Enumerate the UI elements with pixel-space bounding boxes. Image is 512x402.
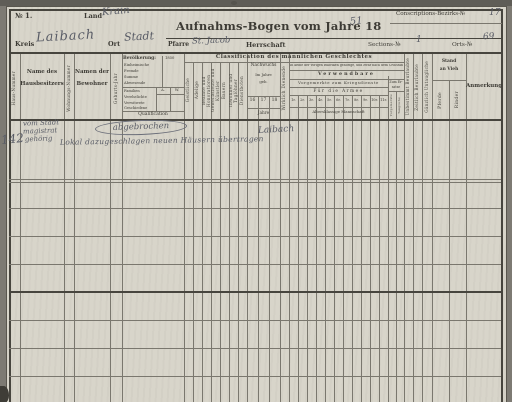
hw-owner-line3: gehörig <box>25 136 53 144</box>
grid-line <box>370 95 371 402</box>
col-unfit: Gänzlich Untaugliche <box>422 56 432 118</box>
grid-line <box>289 95 388 96</box>
classification-col-clergy: Geistliche <box>184 63 193 118</box>
family-row: Familien <box>124 90 140 94</box>
hw-place: Laibach <box>258 125 295 136</box>
vorgemerkte-title: Vorgemerkte zum Kriegsdienste <box>289 81 388 85</box>
verwendbare-title: Verwendbare <box>289 72 404 77</box>
nachwuchs-sub1: Im Jahre <box>247 73 280 77</box>
age-class: 1r. <box>289 99 298 103</box>
population-box-title: Bevölkerung: <box>123 57 156 62</box>
grid-line <box>501 9 503 402</box>
family-row: Verehelichte <box>124 96 147 100</box>
col-active-servicemen: Wirklich Dienende <box>280 58 289 118</box>
col-header-inhabitants: Namen der Bewohner <box>74 66 110 90</box>
nachwuchs-year-18: 18 <box>269 99 280 104</box>
grid-line <box>9 264 501 265</box>
grid-line <box>247 96 280 97</box>
grid-line <box>9 320 501 321</box>
classification-col-laborers: Inwohner und Taglöhner <box>229 63 238 118</box>
grid-line <box>9 291 501 293</box>
orts-no-handwritten: 69 <box>483 33 495 43</box>
ort-label: Ort <box>108 41 120 48</box>
grid-line <box>9 182 501 183</box>
age-class: 10r. <box>370 99 379 103</box>
age-class: 7r. <box>343 99 352 103</box>
ort-value-handwritten: Stadt <box>124 30 155 43</box>
classification-title: Classification des männlichen Geschlecht… <box>184 55 404 61</box>
age-class: 4r. <box>316 99 325 103</box>
hw-house-number: 142 <box>0 132 24 147</box>
nachwuchs-foot: Jahre <box>247 111 280 115</box>
orts-no-label: Orts-№ <box>452 42 472 48</box>
scan-corner-mark <box>0 386 9 402</box>
grid-line <box>388 76 389 402</box>
population-row: Summe <box>124 76 138 80</box>
age-class: 2r. <box>298 99 307 103</box>
grid-line <box>432 80 466 81</box>
grid-line <box>9 376 501 377</box>
livestock-col-cattle: Rinder <box>449 82 466 118</box>
grid-line <box>316 95 317 402</box>
grid-line <box>9 179 501 180</box>
grid-line <box>9 348 501 349</box>
grid-line <box>9 208 501 209</box>
grid-line <box>343 95 344 402</box>
conscription-district-label: Conscriptions-Bezirks-№ <box>396 12 465 18</box>
grid-line <box>289 53 290 402</box>
year-handwritten: 51 <box>350 16 364 28</box>
grid-line <box>74 53 75 402</box>
sheet-number: № 1. <box>15 12 32 19</box>
grid-line <box>162 56 163 87</box>
kreis-label: Kreis <box>15 41 34 48</box>
ersatz-col-2: Taugliche <box>396 92 404 118</box>
nachwuchs-year-16: 16 <box>247 99 258 104</box>
family-row: Geschiedene <box>124 107 147 111</box>
ersatz-col-1: Vorgemerkte <box>388 92 396 118</box>
grid-line <box>122 53 123 402</box>
land-label: Land <box>84 13 102 20</box>
col-header-remarks: Anmerkung <box>466 84 501 90</box>
age-class: 11r. <box>379 99 388 103</box>
livestock-title-2: an Vieh <box>432 68 466 73</box>
age-class-foot: Altersklassige Mannschaft <box>289 110 388 114</box>
population-row: Einheimische <box>124 64 149 68</box>
grid-line <box>247 108 280 109</box>
grid-line <box>466 53 467 402</box>
grid-line <box>247 53 248 402</box>
ersatz-title-1: Zum Er- <box>388 81 404 84</box>
col-header-apartment-number: Wohnungs-Nummer <box>64 58 74 118</box>
col-header-house-number: Haus-Nummer <box>9 58 20 118</box>
grid-line <box>390 23 502 24</box>
classification-col-officials: Beamte und Honoratioren <box>202 63 211 118</box>
grid-line <box>269 97 270 402</box>
grid-line <box>379 95 380 402</box>
pfarre-value-handwritten: St. Jacob <box>192 36 231 46</box>
grid-line <box>325 95 326 402</box>
age-class: 3r. <box>307 99 316 103</box>
col-furloughed-temporary: Zeitlich Beurlaubte <box>413 56 422 118</box>
grid-line <box>298 95 299 402</box>
age-class: 8r. <box>352 99 361 103</box>
section-no-handwritten: 1 <box>416 36 422 45</box>
classification-col-tradesmen: Gewerbsleute und Künstler <box>211 63 220 118</box>
grid-line <box>352 95 353 402</box>
grid-line <box>9 236 501 237</box>
scanned-census-sheet: № 1. Land Krain Conscriptions-Bezirks-№ … <box>0 0 512 402</box>
col-header-w: W. <box>170 89 184 93</box>
grid-line <box>396 91 397 402</box>
grid-line <box>9 119 501 121</box>
grid-line <box>289 107 388 108</box>
conscription-no-handwritten: 17 <box>489 9 500 18</box>
grid-line <box>449 80 450 402</box>
ink-smudge <box>231 1 237 5</box>
col-header-a: A. <box>156 89 170 93</box>
verwendbare-note-line: In keine der vorigen Rubriken gehörige, … <box>290 64 403 67</box>
age-class: 5r. <box>325 99 334 103</box>
population-row: Fremde <box>124 70 139 74</box>
section-label: Sections-№ <box>368 42 400 48</box>
herrschaft-label: Herrschaft <box>246 42 285 49</box>
nachwuchs-title: Nachwuchs <box>247 64 280 69</box>
family-row: Verwitwete <box>124 102 145 106</box>
pfarre-label: Pfarre <box>168 42 189 48</box>
grid-line <box>307 95 308 402</box>
nachwuchs-sub2: geb. <box>247 80 280 84</box>
age-class: 6r. <box>334 99 343 103</box>
population-year: 1850 <box>165 57 174 61</box>
grid-line <box>361 95 362 402</box>
livestock-col-horses: Pferde <box>432 82 449 118</box>
classification-col-farmers: Bauern <box>220 63 229 118</box>
kreis-value-handwritten: Laibach <box>36 28 96 45</box>
col-header-owner: Name des Hausbesitzers <box>20 66 64 90</box>
col-header-birth-year: Geburts-Jahr <box>110 58 122 118</box>
armee-title: Für die Armee <box>289 89 388 93</box>
col-furloughed-indefinite: Unbestimmt Beurlaubte <box>404 56 413 118</box>
grid-line <box>20 53 21 402</box>
population-row: Abwesende <box>124 82 145 86</box>
classification-col-servants: Dienstboten <box>238 63 247 118</box>
qualification-footer: Qualification <box>122 113 184 118</box>
age-class: 9r. <box>361 99 370 103</box>
grid-line <box>334 95 335 402</box>
grid-line <box>156 94 184 95</box>
livestock-title-1: Stand <box>432 60 466 65</box>
ersatz-title-2: satze <box>388 86 404 89</box>
nachwuchs-year-17: 17 <box>258 99 269 104</box>
classification-col-nobles: Adelige <box>193 63 202 118</box>
